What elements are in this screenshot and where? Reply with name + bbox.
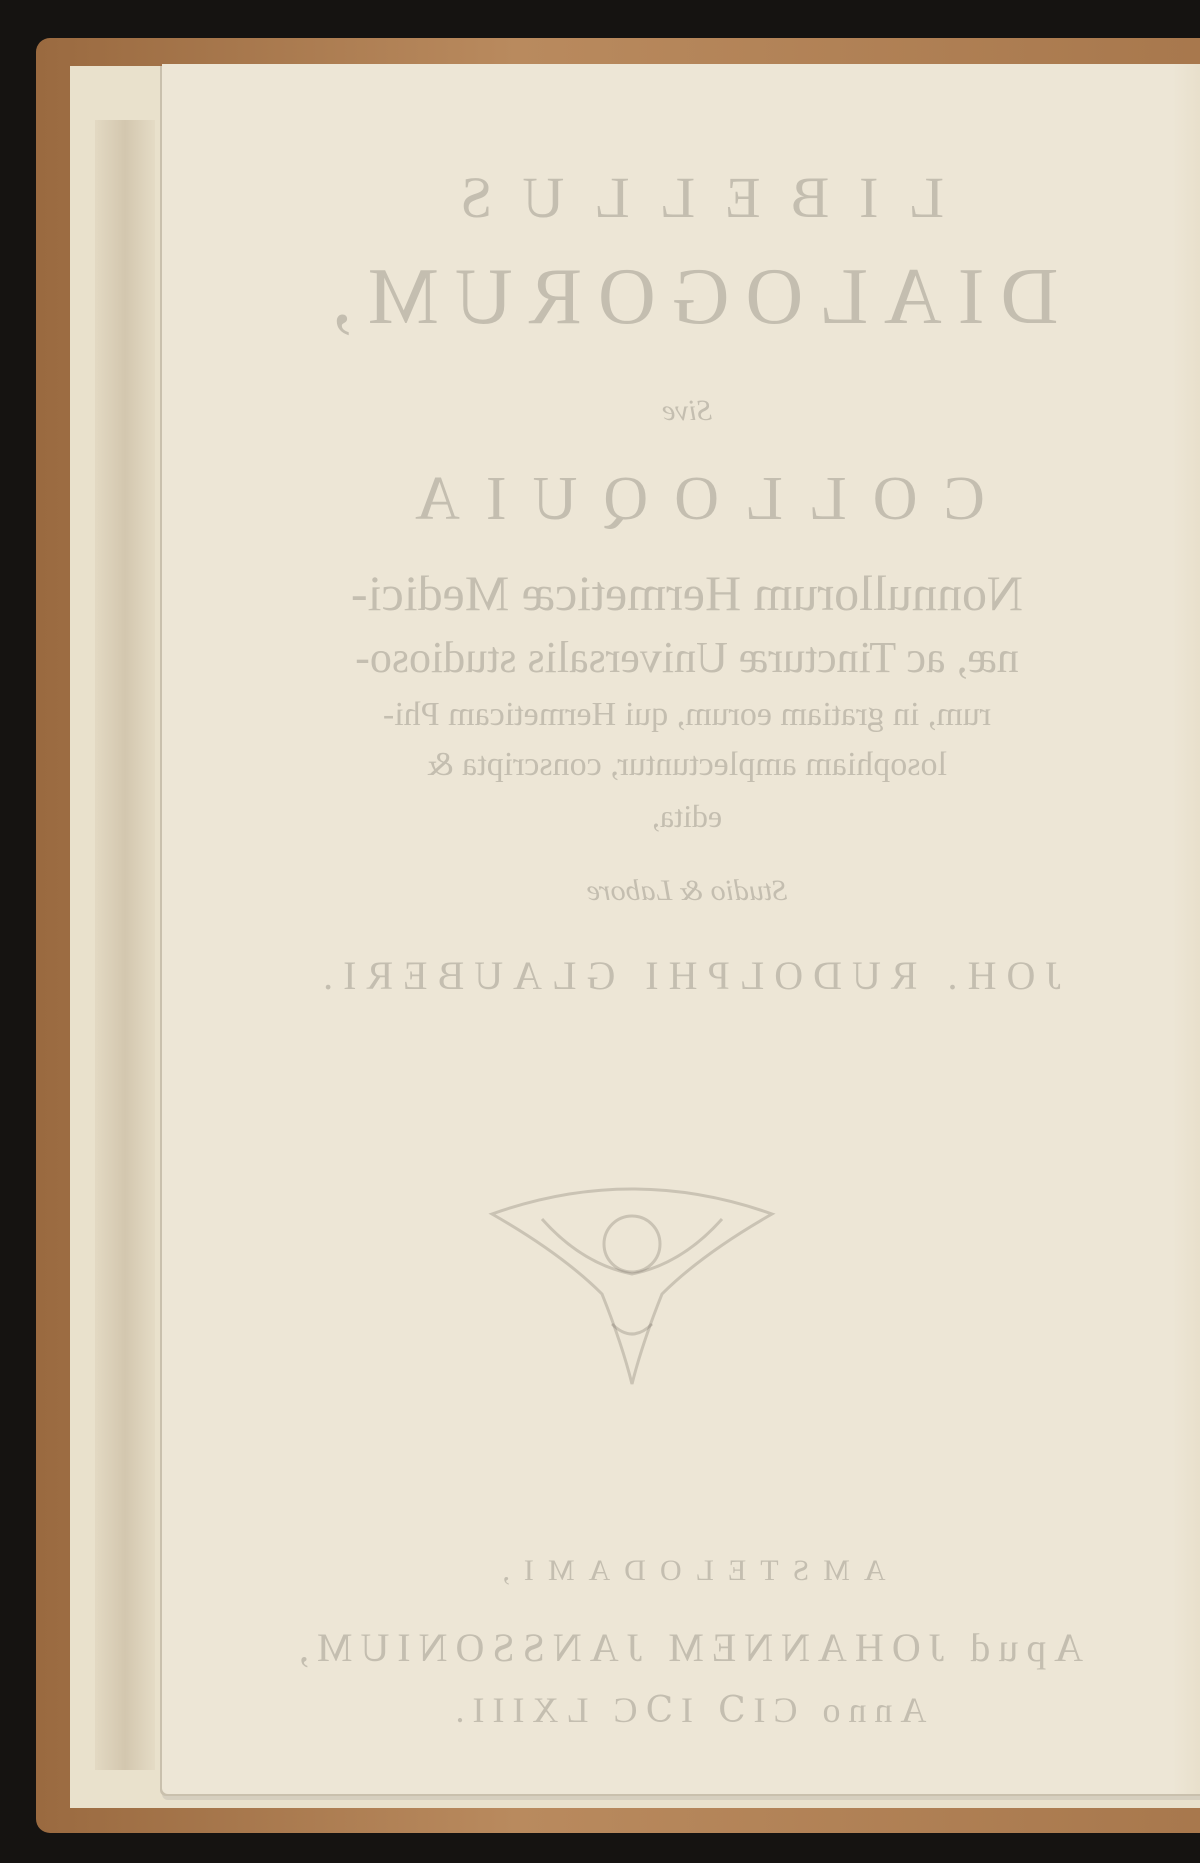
title-line-libellus: LIBELLUS: [162, 164, 1200, 231]
body-line-1: Nonnullorum Hermeticæ Medici-: [162, 564, 1200, 622]
body-line-5: edita,: [162, 798, 1200, 835]
byline: Studio & Labore: [162, 874, 1200, 908]
place-line: AMSTELODAMI,: [162, 1554, 1200, 1588]
body-line-4: losophiam amplectuntur, conscripta &: [162, 746, 1200, 784]
flyleaf-stain: [95, 120, 155, 1770]
title-line-sive: Sive: [162, 394, 1200, 428]
publisher-line: Apud JOHANNEM JANSSONIUM,: [162, 1624, 1200, 1671]
printers-ornament-icon: [482, 1174, 782, 1394]
title-line-dialogorum: DIALOGORUM,: [162, 252, 1200, 343]
year-line: Anno CIↃ IↃC LXIII.: [162, 1689, 1200, 1731]
body-line-2: næ, ac Tincturæ Universalis studioso-: [162, 632, 1200, 683]
mirrored-title-page-showthrough: LIBELLUS DIALOGORUM, Sive COLLOQUIA Nonn…: [162, 64, 1200, 1794]
author-line: JOH. RUDOLPHI GLAUBERI.: [162, 952, 1200, 999]
title-line-colloquia: COLLOQUIA: [162, 464, 1200, 535]
body-line-3: rum, in gratiam eorum, qui Hermeticam Ph…: [162, 696, 1200, 734]
